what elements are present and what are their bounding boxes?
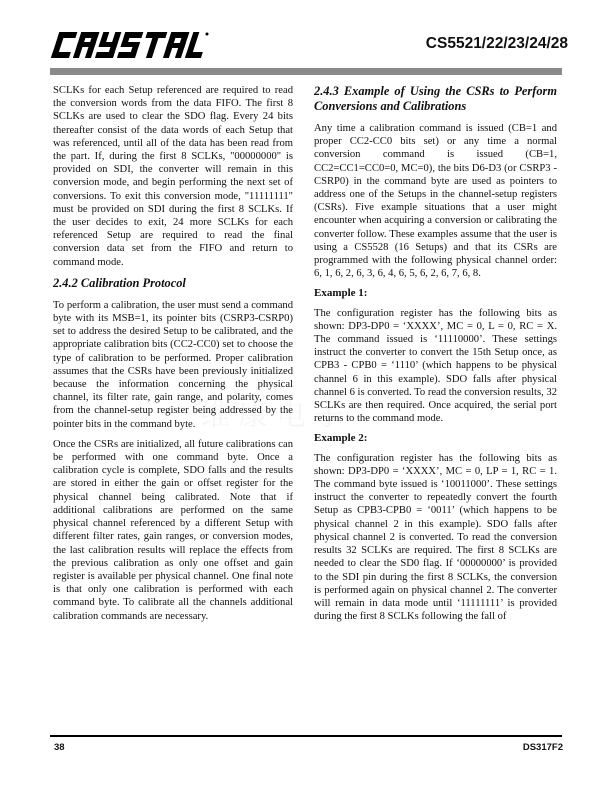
left-column: SCLKs for each Setup referenced are requ… <box>53 84 293 630</box>
paragraph: SCLKs for each Setup referenced are requ… <box>53 84 293 269</box>
header-rule <box>50 68 562 75</box>
page-number: 38 <box>54 742 65 753</box>
paragraph: Any time a calibration command is issued… <box>314 122 557 280</box>
example-1-heading: Example 1: <box>314 287 557 300</box>
example-2-heading: Example 2: <box>314 432 557 445</box>
footer-rule <box>50 735 562 737</box>
paragraph: To perform a calibration, the user must … <box>53 299 293 431</box>
paragraph: The configuration register has the follo… <box>314 307 557 426</box>
section-heading-calibration-protocol: 2.4.2 Calibration Protocol <box>53 276 293 291</box>
crystal-logo-icon <box>50 30 210 60</box>
paragraph: The configuration register has the follo… <box>314 452 557 624</box>
right-column: 2.4.3 Example of Using the CSRs to Perfo… <box>314 84 557 630</box>
section-heading-csr-example: 2.4.3 Example of Using the CSRs to Perfo… <box>314 84 557 114</box>
document-title: CS5521/22/23/24/28 <box>426 35 568 53</box>
document-id: DS317F2 <box>523 742 563 753</box>
crystal-logo <box>50 30 210 60</box>
paragraph: Once the CSRs are initialized, all futur… <box>53 438 293 623</box>
